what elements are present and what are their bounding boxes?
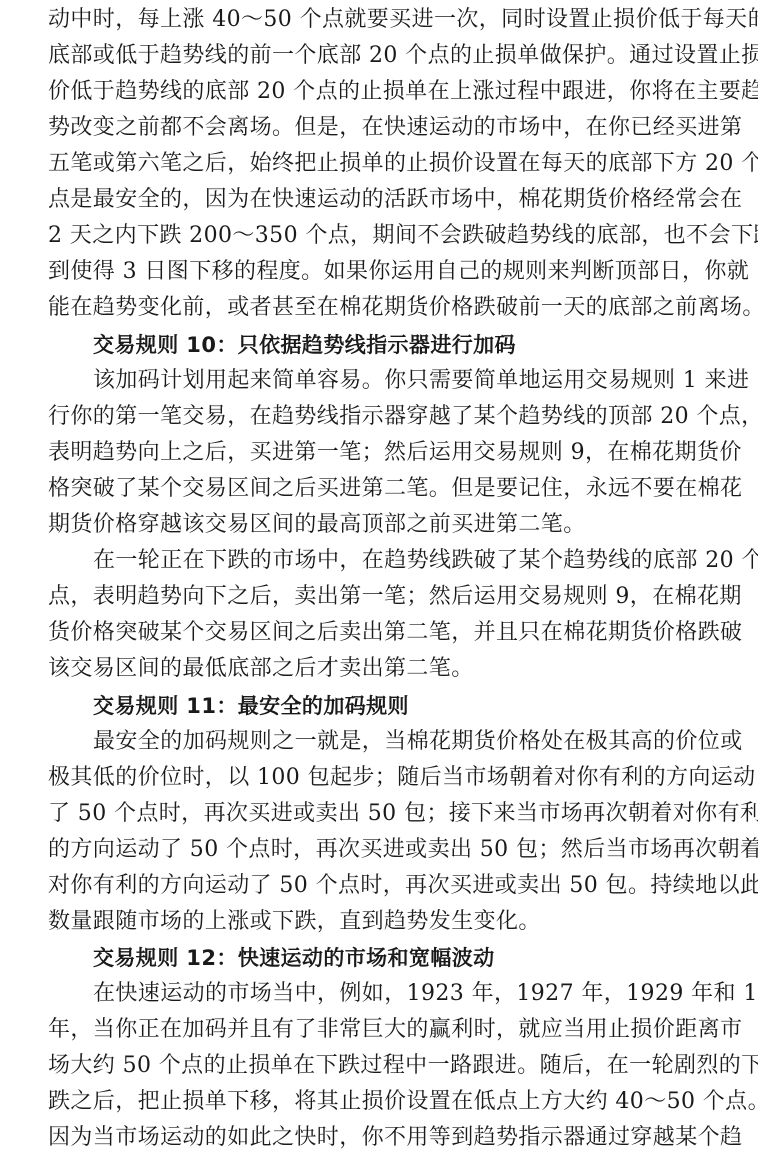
paragraph-4-line-1: 最安全的加码规则之一就是，当棉花期货价格处在极其高的价位或 (93, 724, 712, 760)
paragraph-3-line-1: 在一轮正在下跌的市场中，在趋势线跌破了某个趋势线的底部 20 个 (93, 543, 712, 579)
paragraph-1-line-3: 价低于趋势线的底部 20 个点的止损单在上涨过程中跟进，你将在主要趋 (48, 74, 712, 110)
heading-rule-11: 交易规则 11：最安全的加码规则 (93, 688, 712, 724)
paragraph-2-line-5: 期货价格穿越该交易区间的最高顶部之前买进第二笔。 (48, 507, 712, 543)
paragraph-4-line-2: 极其低的价位时，以 100 包起步；随后当市场朝着对你有利的方向运动 (48, 760, 712, 796)
paragraph-5-line-5: 因为当市场运动的如此之快时，你不用等到趋势指示器通过穿越某个趋 (48, 1120, 712, 1156)
paragraph-2-line-3: 表明趋势向上之后，买进第一笔；然后运用交易规则 9，在棉花期货价 (48, 435, 712, 471)
paragraph-2-line-4: 格突破了某个交易区间之后买进第二笔。但是要记住，永远不要在棉花 (48, 471, 712, 507)
paragraph-3-line-4: 该交易区间的最低底部之后才卖出第二笔。 (48, 651, 712, 687)
paragraph-4-line-3: 了 50 个点时，再次买进或卖出 50 包；接下来当市场再次朝着对你有利 (48, 796, 712, 832)
paragraph-4-line-6: 数量跟随市场的上涨或下跌，直到趋势发生变化。 (48, 904, 712, 940)
paragraph-1-line-7: 2 天之内下跌 200～350 个点，期间不会跌破趋势线的底部，也不会下跌 (48, 218, 712, 254)
paragraph-4-line-4: 的方向运动了 50 个点时，再次买进或卖出 50 包；然后当市场再次朝着 (48, 832, 712, 868)
paragraph-1-line-1: 动中时，每上涨 40～50 个点就要买进一次，同时设置止损价低于每天的 (48, 2, 712, 38)
book-page: 动中时，每上涨 40～50 个点就要买进一次，同时设置止损价低于每天的 底部或低… (0, 0, 758, 1166)
paragraph-3-line-2: 点，表明趋势向下之后，卖出第一笔；然后运用交易规则 9，在棉花期 (48, 579, 712, 615)
paragraph-4-line-5: 对你有利的方向运动了 50 个点时，再次买进或卖出 50 包。持续地以此 (48, 868, 712, 904)
paragraph-2-line-2: 行你的第一笔交易，在趋势线指示器穿越了某个趋势线的顶部 20 个点， (48, 399, 712, 435)
paragraph-5-line-4: 跌之后，把止损单下移，将其止损价设置在低点上方大约 40～50 个点。 (48, 1084, 712, 1120)
paragraph-1-line-6: 点是最安全的，因为在快速运动的活跃市场中，棉花期货价格经常会在 (48, 182, 712, 218)
paragraph-1-line-9: 能在趋势变化前，或者甚至在棉花期货价格跌破前一天的底部之前离场。 (48, 290, 712, 326)
paragraph-1-line-8: 到使得 3 日图下移的程度。如果你运用自己的规则来判断顶部日，你就 (48, 254, 712, 290)
paragraph-1-line-2: 底部或低于趋势线的前一个底部 20 个点的止损单做保护。通过设置止损 (48, 38, 712, 74)
paragraph-5-line-1: 在快速运动的市场当中，例如，1923 年，1927 年，1929 年和 1946 (93, 976, 712, 1012)
paragraph-5-line-2: 年，当你正在加码并且有了非常巨大的赢利时，就应当用止损价距离市 (48, 1012, 712, 1048)
heading-rule-10: 交易规则 10：只依据趋势线指示器进行加码 (93, 327, 712, 363)
paragraph-2-line-1: 该加码计划用起来简单容易。你只需要简单地运用交易规则 1 来进 (93, 363, 712, 399)
paragraph-5-line-3: 场大约 50 个点的止损单在下跌过程中一路跟进。随后，在一轮剧烈的下 (48, 1048, 712, 1084)
heading-rule-12: 交易规则 12：快速运动的市场和宽幅波动 (93, 940, 712, 976)
paragraph-1-line-5: 五笔或第六笔之后，始终把止损单的止损价设置在每天的底部下方 20 个 (48, 146, 712, 182)
paragraph-1-line-4: 势改变之前都不会离场。但是，在快速运动的市场中，在你已经买进第 (48, 110, 712, 146)
paragraph-3-line-3: 货价格突破某个交易区间之后卖出第二笔，并且只在棉花期货价格跌破 (48, 615, 712, 651)
